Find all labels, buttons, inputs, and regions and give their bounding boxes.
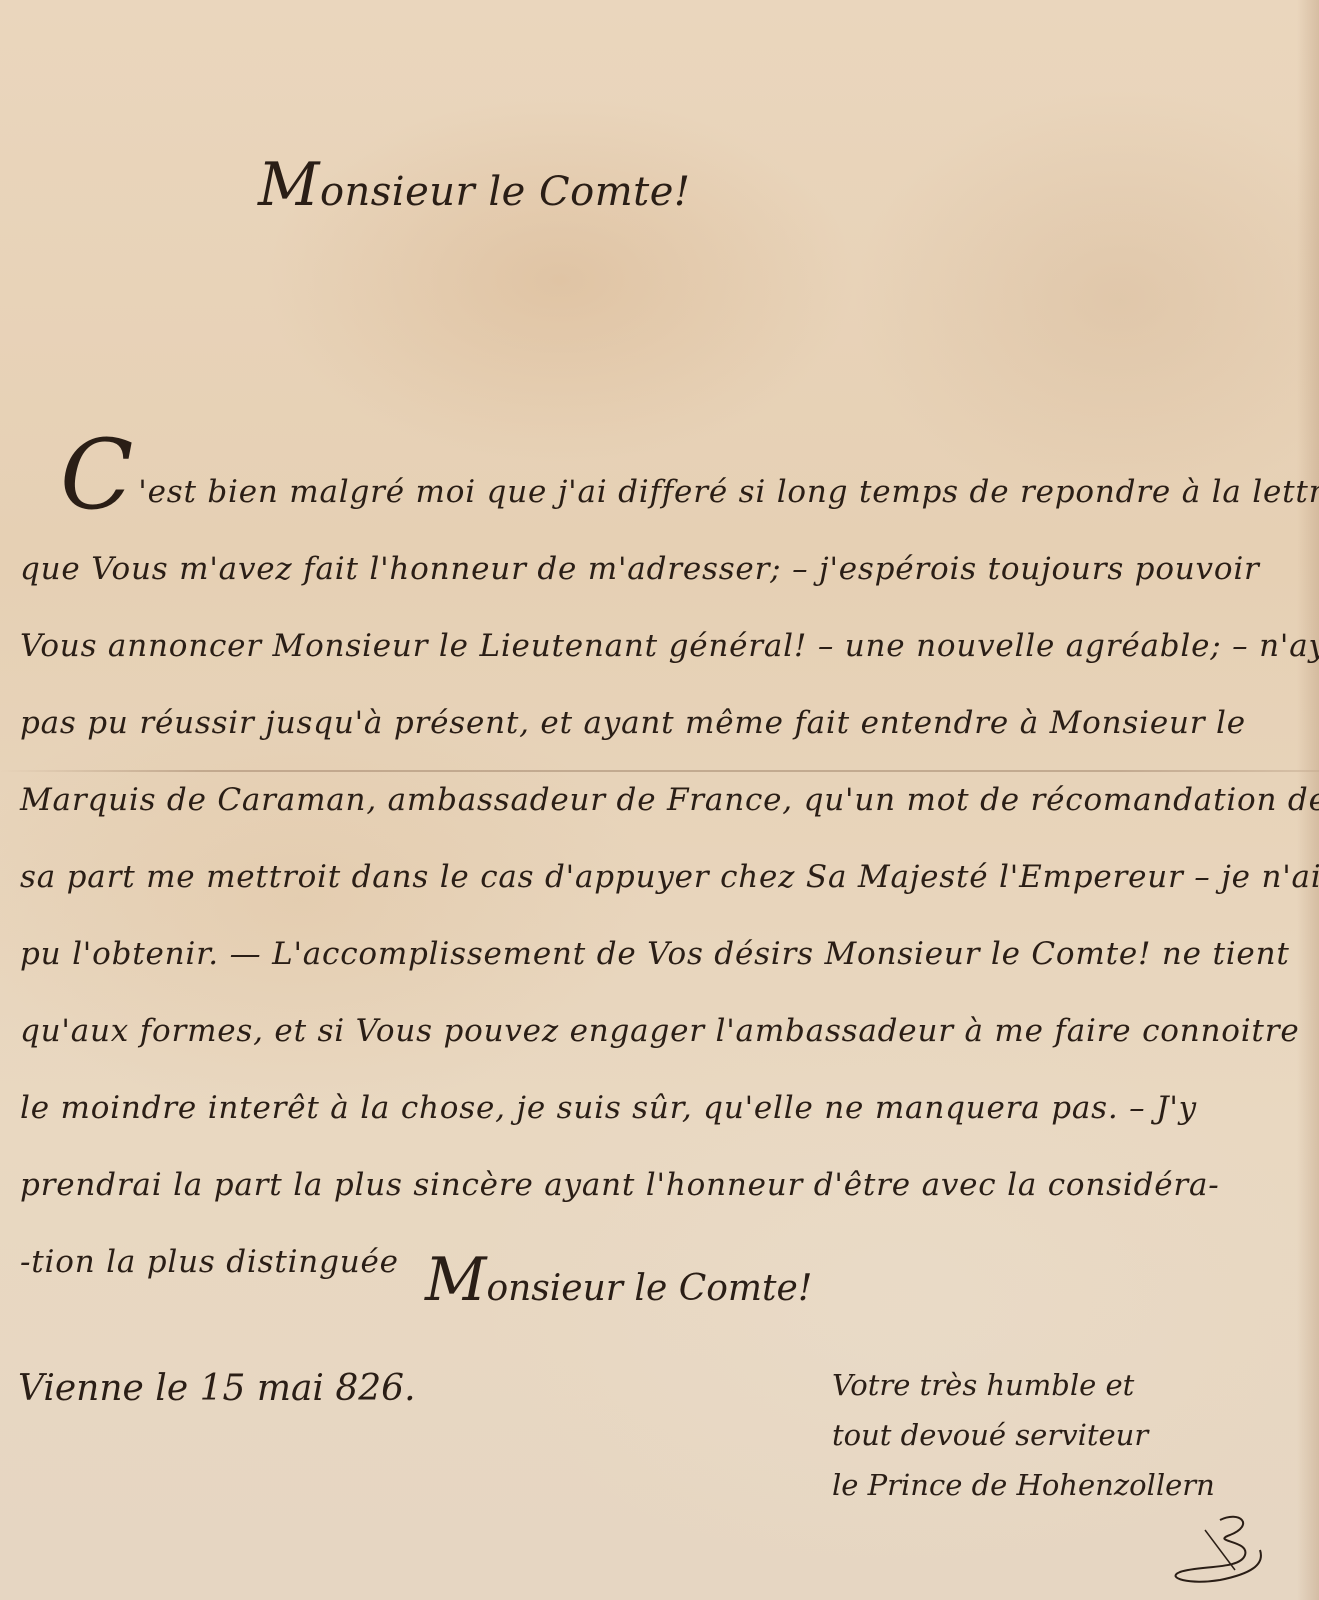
body-line-text: 'est bien malgré moi que j'ai differé si… — [138, 474, 1319, 510]
signature-line: tout devoué serviteur — [832, 1410, 1215, 1460]
letter-page: Monsieur le Comte! C 'est bien malgré mo… — [0, 0, 1319, 1600]
body-line: qu'aux formes, et si Vous pouvez engager… — [20, 984, 1300, 1061]
place-date: Vienne le 15 mai 826. — [18, 1368, 416, 1409]
body-line: prendrai la part la plus sincère ayant l… — [20, 1138, 1300, 1215]
closing-salutation: Monsieur le Comte! — [425, 1245, 812, 1315]
body-line: que Vous m'avez fait l'honneur de m'adre… — [20, 522, 1300, 599]
salutation-text: onsieur le Comte! — [320, 169, 691, 215]
salutation-initial: M — [258, 150, 320, 220]
signature-block: Votre très humble et tout devoué servite… — [832, 1360, 1215, 1510]
salutation: Monsieur le Comte! — [258, 150, 691, 220]
closing-text: onsieur le Comte! — [486, 1268, 812, 1309]
signature-line: le Prince de Hohenzollern — [832, 1460, 1215, 1510]
signature-paraph-icon — [1160, 1510, 1270, 1590]
closing-initial: M — [425, 1245, 486, 1315]
body-line: pas pu réussir jusqu'à présent, et ayant… — [20, 676, 1300, 753]
letter-body: C 'est bien malgré moi que j'ai differé … — [20, 445, 1300, 1292]
body-line: sa part me mettroit dans le cas d'appuye… — [20, 830, 1300, 907]
signature-line: Votre très humble et — [832, 1360, 1215, 1410]
body-line: pu l'obtenir. — L'accomplissement de Vos… — [20, 907, 1300, 984]
body-line: le moindre interêt à la chose, je suis s… — [20, 1061, 1300, 1138]
drop-cap-initial: C — [60, 440, 134, 510]
body-line: C 'est bien malgré moi que j'ai differé … — [20, 445, 1300, 522]
body-line: Marquis de Caraman, ambassadeur de Franc… — [20, 753, 1300, 830]
body-line: Vous annoncer Monsieur le Lieutenant gén… — [20, 599, 1300, 676]
